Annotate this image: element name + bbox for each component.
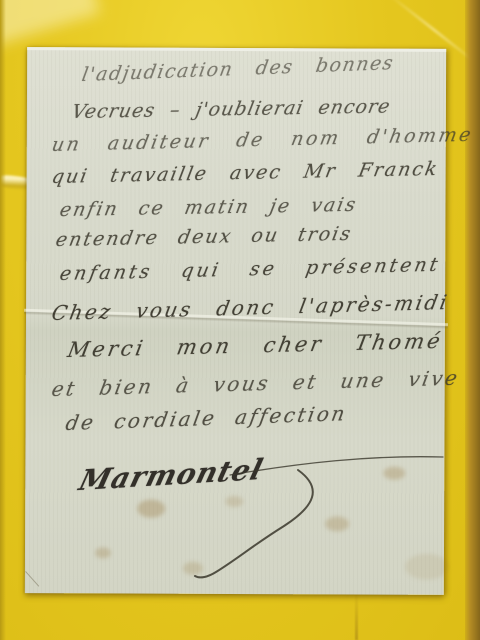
foxing-stain	[183, 562, 203, 575]
foxing-stain	[225, 496, 243, 507]
backing-seam-bottom	[355, 590, 358, 640]
photo-of-letter: l'adjudication des bonnes Vecrues – j'ou…	[0, 0, 480, 640]
backing-left-edge-shadow	[0, 0, 6, 640]
foxing-stain	[405, 554, 449, 580]
foxing-stain	[137, 500, 165, 518]
paper-top-edge-highlight	[27, 47, 446, 52]
foxing-stain	[325, 516, 349, 531]
backing-right-edge-shadow	[465, 0, 480, 640]
foxing-stain	[383, 467, 405, 480]
foxing-stain	[95, 547, 111, 558]
paper-corner-crease	[25, 571, 39, 587]
